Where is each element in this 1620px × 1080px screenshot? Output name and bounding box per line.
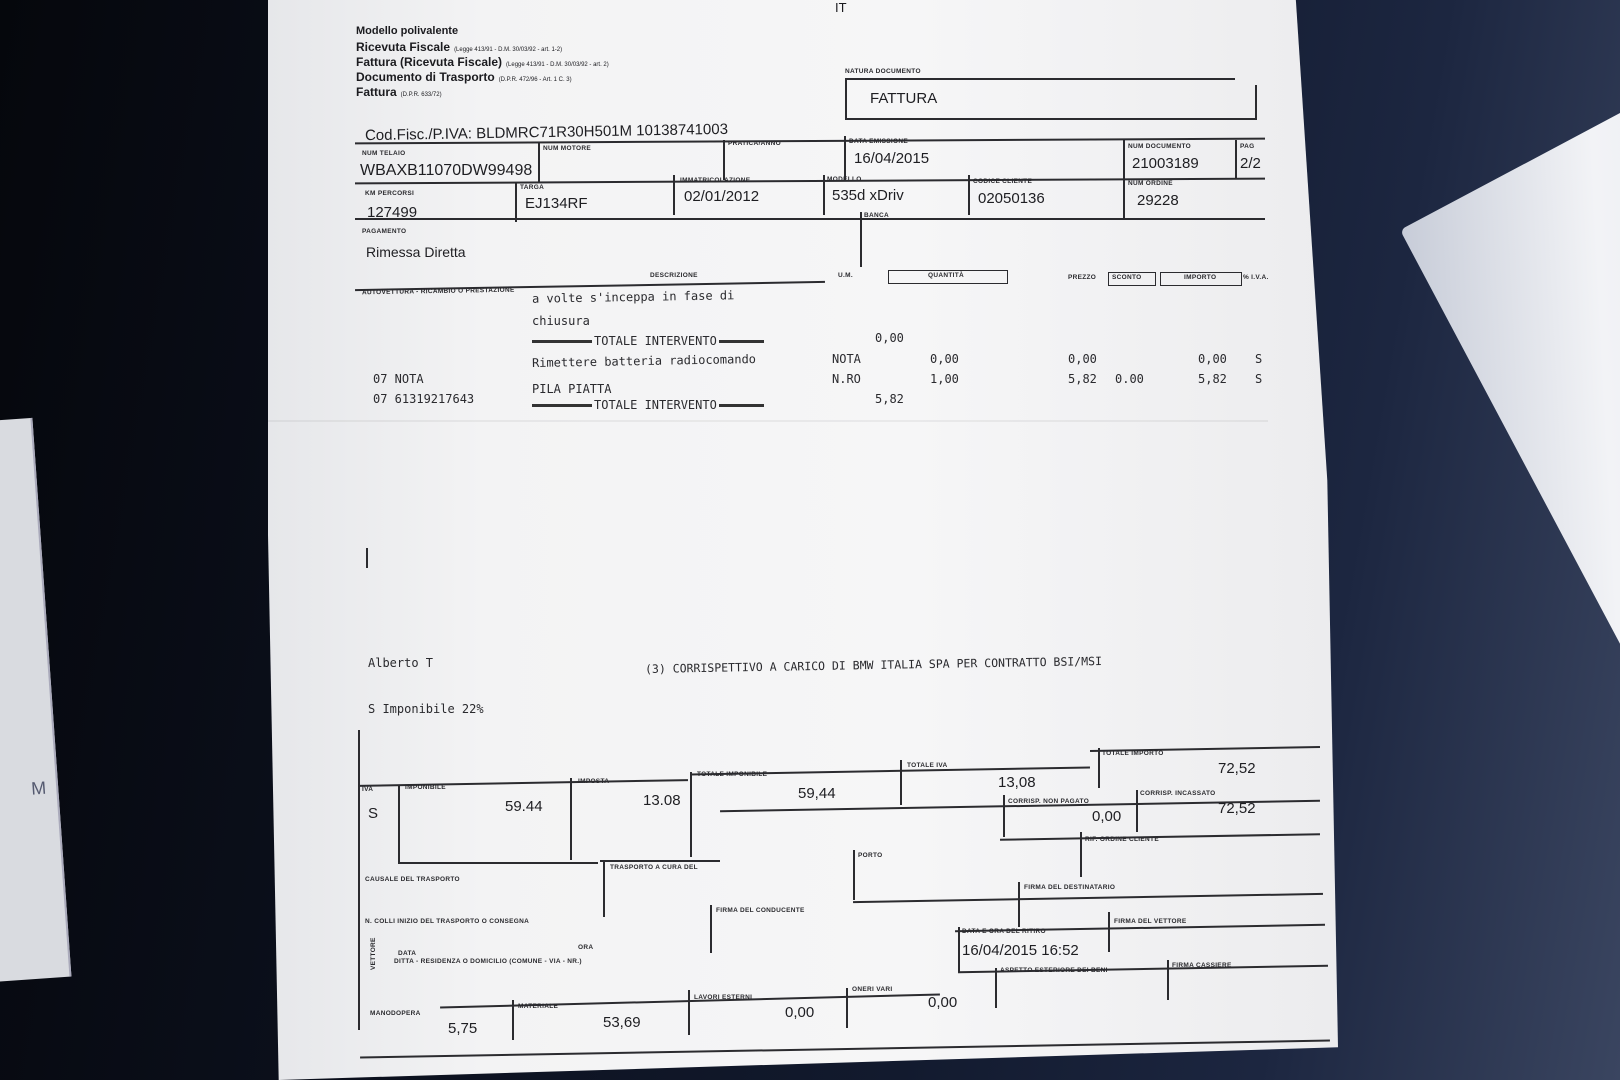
codice-cliente: 02050136 [978, 190, 1045, 207]
data-emissione: 16/04/2015 [854, 150, 929, 167]
data-label: DATA [398, 950, 416, 957]
tax-note: S Imponibile 22% [368, 702, 484, 716]
modello-label: MODELLO [827, 176, 862, 183]
num-ordine: 29228 [1137, 192, 1179, 209]
line-code-4: 07 61319217643 [373, 392, 474, 406]
num-documento: 21003189 [1132, 155, 1199, 172]
line-price-3: 0,00 [1068, 352, 1097, 366]
firma-destinatario-label: FIRMA DEL DESTINATARIO [1024, 884, 1115, 891]
left-paper-text: M [31, 778, 47, 800]
pag-label: PAG [1240, 143, 1255, 150]
lavori-esterni-label: LAVORI ESTERNI [694, 994, 752, 1001]
ora-label: ORA [578, 944, 593, 951]
manodopera: 5,75 [448, 1020, 477, 1037]
banca-label: BANCA [864, 212, 889, 219]
codice-cliente-label: CODICE CLIENTE [973, 178, 1032, 185]
iva-code: S [368, 805, 378, 822]
line-qty-4: 1,00 [930, 372, 959, 386]
line-desc-4: PILA PIATTA [532, 382, 611, 396]
materiale-label: MATERIALE [518, 1003, 558, 1010]
country-code: IT [835, 0, 847, 15]
natura-documento: FATTURA [870, 90, 937, 107]
line-iva-3: S [1255, 352, 1262, 366]
col-descrizione: DESCRIZIONE [650, 272, 698, 279]
oneri-vari: 0,00 [928, 994, 957, 1011]
line-subtotal-1: 0,00 [875, 331, 904, 345]
corrisp-incassato-label: CORRISP. INCASSATO [1140, 790, 1215, 797]
pagamento-label: PAGAMENTO [362, 228, 406, 235]
col-importo: IMPORTO [1184, 274, 1216, 281]
targa-label: TARGA [520, 184, 544, 191]
col-iva: % I.V.A. [1243, 274, 1269, 281]
num-telaio-label: NUM TELAIO [362, 150, 405, 157]
paper-fold [268, 420, 1268, 422]
line-amount-3: 0,00 [1198, 352, 1227, 366]
operator-name: Alberto T [368, 656, 433, 670]
modello: 535d xDriv [832, 187, 904, 204]
col-sconto: SCONTO [1112, 274, 1142, 281]
totale-imponibile: 59,44 [798, 785, 836, 802]
corrisp-non-pagato: 0,00 [1092, 808, 1121, 825]
line-code-3: 07 NOTA [373, 372, 424, 386]
iva-label: IVA [362, 786, 373, 793]
num-motore-label: NUM MOTORE [543, 145, 591, 152]
line-total-1: TOTALE INTERVENTO [532, 334, 764, 348]
immatricolazione-label: IMMATRICOLAZIONE [680, 177, 750, 184]
materiale: 53,69 [603, 1014, 641, 1031]
totale-iva: 13,08 [998, 774, 1036, 791]
line-total-2: TOTALE INTERVENTO [532, 398, 764, 412]
imposta-label: IMPOSTA [578, 778, 609, 785]
natura-documento-label: NATURA DOCUMENTO [845, 68, 921, 75]
form-title: Modello polivalente [356, 24, 458, 39]
num-telaio: WBAXB11070DW99498 [360, 162, 532, 180]
data-emissione-label: DATA EMISSIONE [849, 138, 908, 145]
line-subtotal-2: 5,82 [875, 392, 904, 406]
km-label: KM PERCORSI [365, 190, 414, 197]
firma-vettore-label: FIRMA DEL VETTORE [1114, 918, 1187, 925]
rif-ordine-label: RIF. ORDINE CLIENTE [1085, 836, 1159, 843]
corrisp-incassato: 72,52 [1218, 800, 1256, 817]
totale-importo-label: TOTALE IMPORTO [1102, 750, 1164, 757]
line-price-4: 5,82 [1068, 372, 1097, 386]
line-amount-4: 5,82 [1198, 372, 1227, 386]
porto-label: PORTO [858, 852, 883, 859]
firma-conducente-label: FIRMA DEL CONDUCENTE [716, 907, 805, 914]
num-ordine-label: NUM ORDINE [1128, 180, 1173, 187]
totale-imponibile-label: TOTALE IMPONIBILE [697, 771, 767, 778]
lavori-esterni: 0,00 [785, 1004, 814, 1021]
num-documento-label: NUM DOCUMENTO [1128, 143, 1191, 150]
pratica-label: PRATICA/ANNO [728, 140, 781, 147]
corrisp-non-pagato-label: CORRISP. NON PAGATO [1008, 798, 1089, 805]
immatricolazione: 02/01/2012 [684, 188, 759, 205]
col-um: U.M. [838, 272, 853, 279]
totale-importo: 72,52 [1218, 760, 1256, 777]
line-um-4: N.RO [832, 372, 861, 386]
pagamento: Rimessa Diretta [366, 244, 466, 260]
firma-cassiere-label: FIRMA CASSIERE [1172, 962, 1232, 969]
line-iva-4: S [1255, 372, 1262, 386]
imponibile: 59.44 [505, 798, 543, 815]
line-qty-3: 0,00 [930, 352, 959, 366]
totale-iva-label: TOTALE IVA [907, 762, 948, 769]
causale-label: CAUSALE DEL TRASPORTO [365, 876, 460, 883]
line-um-3: NOTA [832, 352, 861, 366]
colli-label: N. COLLI INIZIO DEL TRASPORTO O CONSEGNA [365, 918, 529, 925]
vettore-label: VETTORE [370, 937, 377, 970]
aspetto-label: ASPETTO ESTERIORE DEI BENI [1000, 967, 1108, 974]
ditta-label: DITTA - RESIDENZA O DOMICILIO (COMUNE - … [394, 958, 582, 965]
data-ritiro-label: DATA E ORA DEL RITIRO [962, 928, 1046, 935]
oneri-vari-label: ONERI VARI [852, 986, 892, 993]
data-ritiro: 16/04/2015 16:52 [962, 942, 1079, 959]
form-type-fattura: Fattura(D.P.R. 633/72) [356, 85, 442, 103]
manodopera-label: MANODOPERA [370, 1010, 421, 1017]
imposta: 13.08 [643, 792, 681, 809]
line-desc-2: chiusura [532, 314, 590, 328]
imponibile-label: IMPONIBILE [405, 784, 446, 791]
page-number: 2/2 [1240, 155, 1261, 172]
trasporto-cura-label: TRASPORTO A CURA DEL [610, 864, 698, 871]
col-quantita: QUANTITÀ [928, 272, 964, 279]
targa: EJ134RF [525, 195, 588, 212]
col-prezzo: PREZZO [1068, 274, 1096, 281]
line-discount-4: 0.00 [1115, 372, 1144, 386]
